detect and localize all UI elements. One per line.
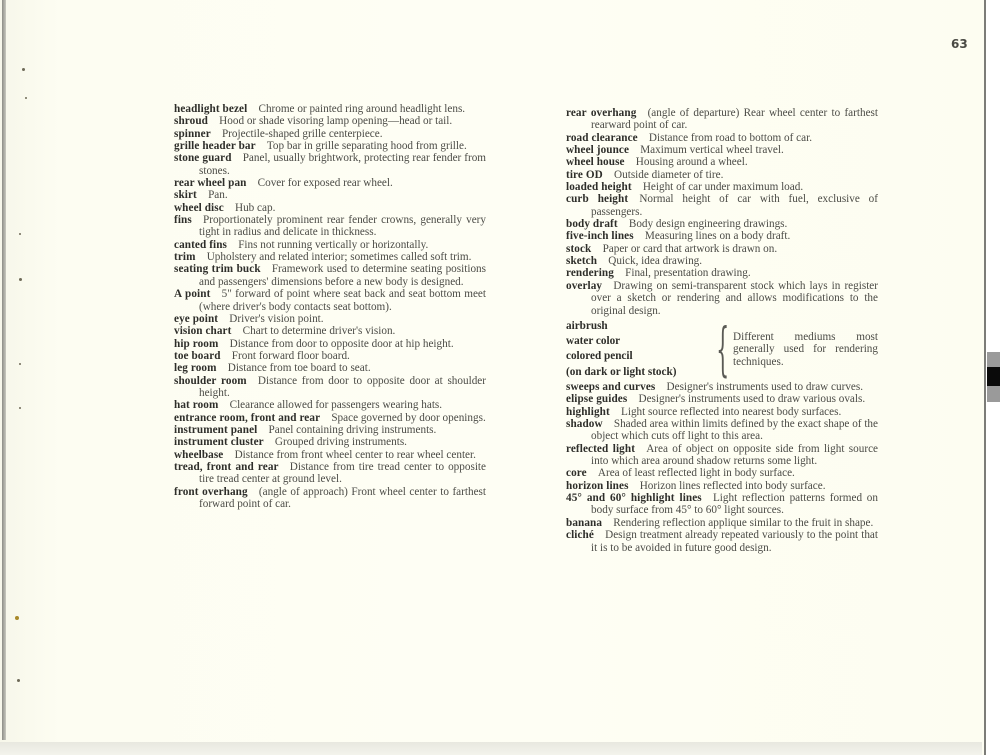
glossary-term: stone guard — [174, 152, 232, 164]
glossary-right-column: rear overhang (angle of departure) Rear … — [566, 107, 878, 554]
glossary-entry: spinner Projectile-shaped grille centerp… — [174, 128, 486, 140]
brace-icon: { — [716, 320, 722, 378]
glossary-entry: body draft Body design engineering drawi… — [566, 218, 878, 230]
glossary-entry: overlay Drawing on semi-transparent stoc… — [566, 280, 878, 317]
glossary-term: wheel disc — [174, 202, 224, 214]
glossary-entry: 45° and 60° highlight lines Light reflec… — [566, 492, 878, 517]
glossary-term: core — [566, 467, 587, 479]
rendering-mediums-group: airbrush water color colored pencil (on … — [566, 319, 878, 380]
glossary-right-top: rear overhang (angle of departure) Rear … — [566, 107, 878, 317]
page-bottom-edge — [0, 742, 982, 755]
glossary-entry: tire OD Outside diameter of tire. — [566, 169, 878, 181]
glossary-definition: Hub cap. — [235, 202, 275, 214]
glossary-definition: Chrome or painted ring around headlight … — [258, 103, 465, 115]
glossary-entry: instrument panel Panel containing drivin… — [174, 424, 486, 436]
glossary-definition: Outside diameter of tire. — [614, 169, 723, 181]
glossary-definition: Rendering reflection applique similar to… — [613, 517, 873, 529]
paper-speck — [19, 233, 21, 235]
glossary-term: rear wheel pan — [174, 177, 246, 189]
glossary-term: hip room — [174, 338, 218, 350]
glossary-entry: tread, front and rear Distance from tire… — [174, 461, 486, 486]
glossary-entry: eye point Driver's vision point. — [174, 313, 486, 325]
glossary-entry: highlight Light source reflected into ne… — [566, 406, 878, 418]
glossary-entry: shroud Hood or shade visoring lamp openi… — [174, 115, 486, 127]
glossary-term: entrance room, front and rear — [174, 412, 320, 424]
glossary-definition: Design treatment already repeated variou… — [591, 529, 878, 553]
glossary-entry: skirt Pan. — [174, 189, 486, 201]
glossary-definition: Area of least reflected light in body su… — [598, 467, 795, 479]
paper-speck — [22, 68, 25, 71]
thumb-index-tab — [987, 352, 1000, 402]
glossary-term: wheel jounce — [566, 144, 629, 156]
glossary-term: elipse guides — [566, 393, 627, 405]
glossary-term: body draft — [566, 218, 618, 230]
glossary-definition: Space governed by door openings. — [331, 412, 485, 424]
glossary-definition: Cover for exposed rear wheel. — [258, 177, 393, 189]
glossary-term: seating trim buck — [174, 263, 261, 275]
paper-speck — [19, 363, 21, 365]
paper-speck — [19, 278, 22, 281]
glossary-term: colored pencil — [566, 349, 711, 364]
glossary-term: shroud — [174, 115, 208, 127]
glossary-definition: Area of object on opposite side from lig… — [591, 443, 878, 467]
glossary-term: headlight bezel — [174, 103, 247, 115]
glossary-definition: Measuring lines on a body draft. — [645, 230, 790, 242]
glossary-entry: cliché Design treatment already repeated… — [566, 529, 878, 554]
glossary-right-bottom: sweeps and curves Designer's instruments… — [566, 381, 878, 554]
glossary-term: rendering — [566, 267, 614, 279]
glossary-entry: wheelbase Distance from front wheel cent… — [174, 449, 486, 461]
glossary-entry: rear wheel pan Cover for exposed rear wh… — [174, 177, 486, 189]
glossary-definition: Normal height of car with fuel, exclusiv… — [591, 193, 878, 217]
glossary-left-column: headlight bezel Chrome or painted ring a… — [174, 103, 486, 510]
glossary-definition: Different mediums most generally used fo… — [733, 331, 878, 368]
glossary-definition: Distance from front wheel center to rear… — [235, 449, 476, 461]
glossary-entry: hip room Distance from door to opposite … — [174, 338, 486, 350]
glossary-definition: Paper or card that artwork is drawn on. — [603, 243, 778, 255]
glossary-term: spinner — [174, 128, 211, 140]
glossary-definition: Shaded area within limits defined by the… — [591, 418, 878, 442]
glossary-definition: Proportionately prominent rear fender cr… — [199, 214, 486, 238]
glossary-definition: Front forward floor board. — [232, 350, 350, 362]
paper-speck — [19, 407, 21, 409]
glossary-entry: elipse guides Designer's instruments use… — [566, 393, 878, 405]
glossary-term: eye point — [174, 313, 218, 325]
glossary-definition: Horizon lines reflected into body surfac… — [640, 480, 826, 492]
glossary-entry: vision chart Chart to determine driver's… — [174, 325, 486, 337]
glossary-entry: canted fins Fins not running vertically … — [174, 239, 486, 251]
glossary-entry: stock Paper or card that artwork is draw… — [566, 243, 878, 255]
glossary-entry: horizon lines Horizon lines reflected in… — [566, 480, 878, 492]
glossary-definition: Projectile-shaped grille centerpiece. — [222, 128, 383, 140]
glossary-entry: shoulder room Distance from door to oppo… — [174, 375, 486, 400]
glossary-entry: entrance room, front and rear Space gove… — [174, 412, 486, 424]
glossary-definition: Designer's instruments used to draw vari… — [638, 393, 865, 405]
glossary-term: loaded height — [566, 181, 632, 193]
glossary-definition: Designer's instruments used to draw curv… — [667, 381, 864, 393]
glossary-entry: leg room Distance from toe board to seat… — [174, 362, 486, 374]
glossary-entry: grille header bar Top bar in grille sepa… — [174, 140, 486, 152]
glossary-entry: wheel house Housing around a wheel. — [566, 156, 878, 168]
glossary-term: rear overhang — [566, 107, 636, 119]
glossary-definition: Quick, idea drawing. — [608, 255, 702, 267]
glossary-entry: wheel jounce Maximum vertical wheel trav… — [566, 144, 878, 156]
glossary-term: wheelbase — [174, 449, 223, 461]
glossary-entry: sketch Quick, idea drawing. — [566, 255, 878, 267]
page-number: 63 — [951, 37, 968, 51]
glossary-entry: wheel disc Hub cap. — [174, 202, 486, 214]
glossary-entry: fins Proportionately prominent rear fend… — [174, 214, 486, 239]
glossary-entry: stone guard Panel, usually brightwork, p… — [174, 152, 486, 177]
glossary-term: canted fins — [174, 239, 227, 251]
glossary-definition: Pan. — [208, 189, 228, 201]
paper-speck — [15, 616, 19, 620]
glossary-entry: instrument cluster Grouped driving instr… — [174, 436, 486, 448]
glossary-term: five-inch lines — [566, 230, 634, 242]
glossary-entry: rendering Final, presentation drawing. — [566, 267, 878, 279]
glossary-term: skirt — [174, 189, 197, 201]
glossary-definition: Body design engineering drawings. — [629, 218, 787, 230]
glossary-entry: reflected light Area of object on opposi… — [566, 443, 878, 468]
glossary-entry: A point 5" forward of point where seat b… — [174, 288, 486, 313]
glossary-definition: Light source reflected into nearest body… — [621, 406, 841, 418]
glossary-term: leg room — [174, 362, 217, 374]
paper-speck — [25, 97, 27, 99]
glossary-term: sketch — [566, 255, 597, 267]
glossary-entry: rear overhang (angle of departure) Rear … — [566, 107, 878, 132]
paper-speck — [17, 679, 20, 682]
glossary-term: hat room — [174, 399, 218, 411]
glossary-term: front overhang — [174, 486, 248, 498]
glossary-term: (on dark or light stock) — [566, 365, 711, 380]
glossary-entry: curb height Normal height of car with fu… — [566, 193, 878, 218]
glossary-definition: Upholstery and related interior; sometim… — [207, 251, 472, 263]
glossary-entry: five-inch lines Measuring lines on a bod… — [566, 230, 878, 242]
glossary-definition: Distance from road to bottom of car. — [649, 132, 812, 144]
glossary-term: trim — [174, 251, 196, 263]
glossary-term: overlay — [566, 280, 602, 292]
glossary-term: highlight — [566, 406, 610, 418]
glossary-definition: Drawing on semi-transparent stock which … — [591, 280, 878, 317]
glossary-term: shadow — [566, 418, 603, 430]
glossary-definition: Fins not running vertically or horizonta… — [238, 239, 428, 251]
glossary-term: curb height — [566, 193, 628, 205]
glossary-entry: road clearance Distance from road to bot… — [566, 132, 878, 144]
glossary-definition: Distance from toe board to seat. — [228, 362, 371, 374]
glossary-term: 45° and 60° highlight lines — [566, 492, 702, 504]
glossary-definition: Height of car under maximum load. — [643, 181, 803, 193]
glossary-entry: shadow Shaded area within limits defined… — [566, 418, 878, 443]
glossary-definition: Chart to determine driver's vision. — [243, 325, 396, 337]
glossary-definition: Housing around a wheel. — [636, 156, 748, 168]
glossary-term: shoulder room — [174, 375, 247, 387]
glossary-definition: Top bar in grille separating hood from g… — [267, 140, 467, 152]
glossary-term: A point — [174, 288, 210, 300]
glossary-term: vision chart — [174, 325, 231, 337]
glossary-term: airbrush — [566, 319, 711, 334]
glossary-term: horizon lines — [566, 480, 629, 492]
glossary-term: cliché — [566, 529, 594, 541]
page-binding-edge — [2, 0, 6, 740]
glossary-term: fins — [174, 214, 192, 226]
glossary-definition: Driver's vision point. — [229, 313, 323, 325]
glossary-term: road clearance — [566, 132, 638, 144]
glossary-entry: banana Rendering reflection applique sim… — [566, 517, 878, 529]
glossary-term: reflected light — [566, 443, 635, 455]
glossary-entry: trim Upholstery and related interior; so… — [174, 251, 486, 263]
glossary-term: tread, front and rear — [174, 461, 279, 473]
glossary-entry: core Area of least reflected light in bo… — [566, 467, 878, 479]
glossary-definition: Panel, usually brightwork, protecting re… — [199, 152, 486, 176]
glossary-definition: 5" forward of point where seat back and … — [199, 288, 486, 312]
glossary-entry: seating trim buck Framework used to dete… — [174, 263, 486, 288]
glossary-term: banana — [566, 517, 602, 529]
glossary-term: water color — [566, 334, 711, 349]
glossary-entry: headlight bezel Chrome or painted ring a… — [174, 103, 486, 115]
glossary-term: toe board — [174, 350, 221, 362]
glossary-definition: Maximum vertical wheel travel. — [640, 144, 784, 156]
glossary-term: stock — [566, 243, 591, 255]
glossary-definition: Panel containing driving instruments. — [269, 424, 437, 436]
glossary-definition: Hood or shade visoring lamp opening—head… — [219, 115, 452, 127]
glossary-term: tire OD — [566, 169, 603, 181]
glossary-definition: Final, presentation drawing. — [625, 267, 751, 279]
group-terms: airbrush water color colored pencil (on … — [566, 319, 711, 380]
glossary-term: sweeps and curves — [566, 381, 655, 393]
glossary-definition: Grouped driving instruments. — [275, 436, 407, 448]
glossary-entry: hat room Clearance allowed for passenger… — [174, 399, 486, 411]
book-page: 63 headlight bezel Chrome or painted rin… — [0, 0, 1000, 755]
glossary-definition: Distance from door to opposite door at h… — [230, 338, 454, 350]
glossary-entry: loaded height Height of car under maximu… — [566, 181, 878, 193]
glossary-definition: Clearance allowed for passengers wearing… — [230, 399, 442, 411]
glossary-term: wheel house — [566, 156, 625, 168]
glossary-term: instrument cluster — [174, 436, 264, 448]
glossary-entry: front overhang (angle of approach) Front… — [174, 486, 486, 511]
glossary-term: grille header bar — [174, 140, 256, 152]
glossary-term: instrument panel — [174, 424, 257, 436]
glossary-entry: toe board Front forward floor board. — [174, 350, 486, 362]
